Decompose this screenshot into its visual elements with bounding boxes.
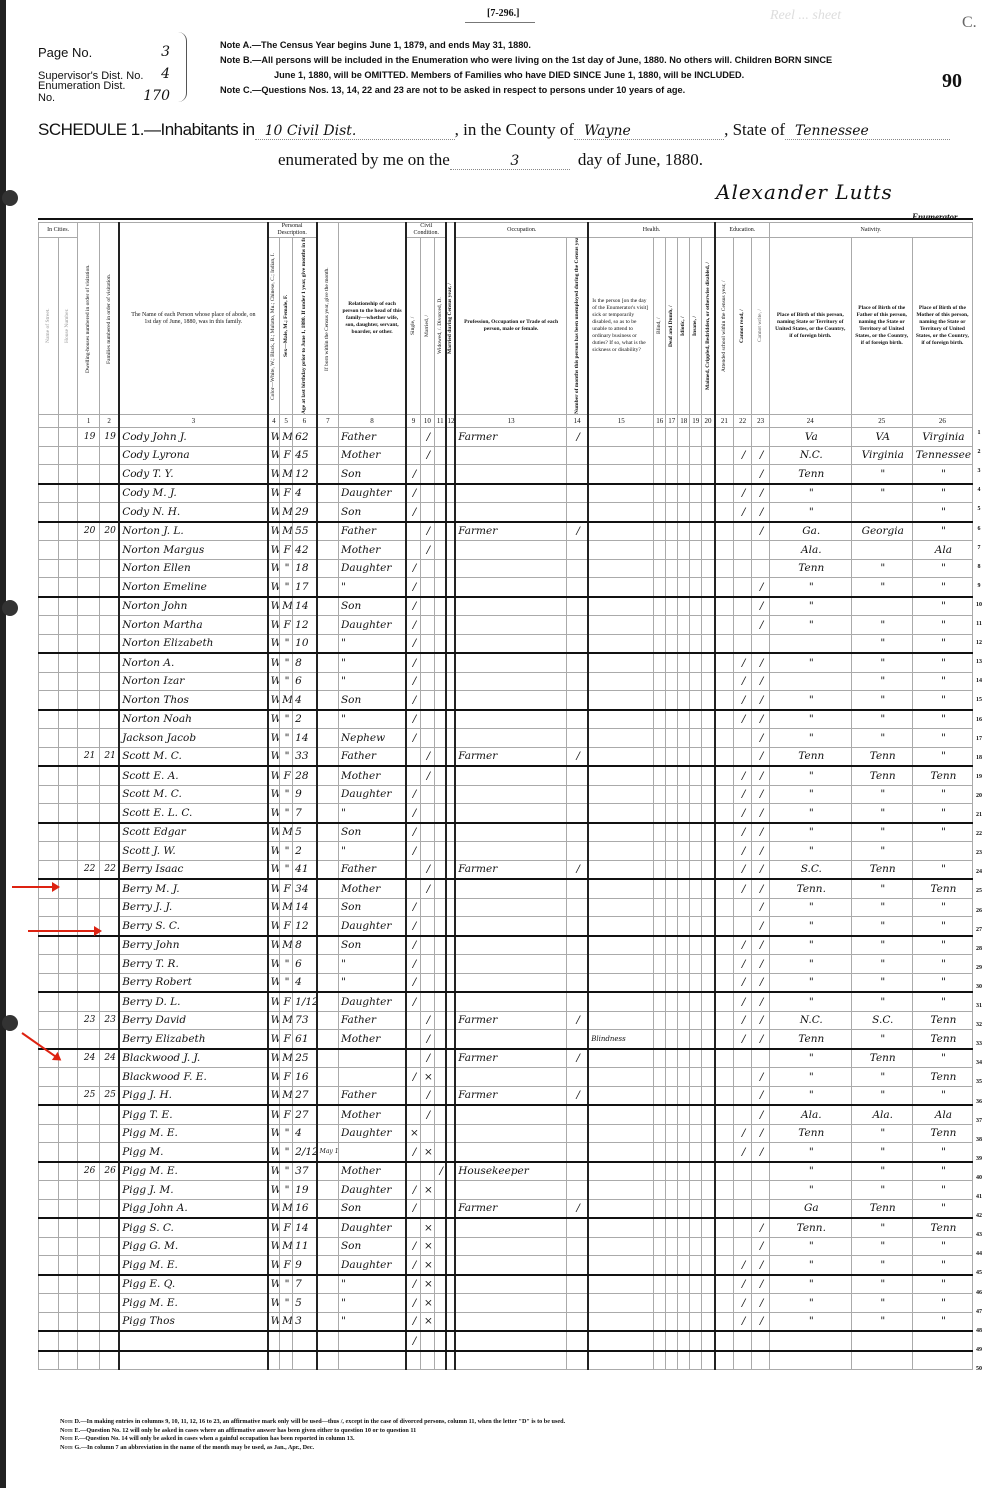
age-cell [293, 1351, 317, 1370]
line-number: 10 [973, 602, 985, 608]
age-cell: 1/12 [293, 992, 317, 1011]
color-cell: W [268, 747, 280, 766]
col-number: 17 [666, 415, 678, 428]
married-cell: / [420, 1030, 434, 1049]
family-number [100, 1294, 120, 1313]
sickness-cell [588, 653, 653, 672]
sex-cell: F [280, 1068, 293, 1087]
unemployed-cell [566, 1312, 588, 1331]
sickness-cell [588, 747, 653, 766]
idiotic-cell [678, 804, 690, 823]
house-cell [58, 1124, 78, 1143]
school-cell [715, 503, 734, 522]
table-row [39, 1351, 973, 1370]
relationship-cell: Mother [338, 541, 406, 560]
occupation-cell [455, 691, 566, 710]
birthplace-cell: Tenn [769, 1124, 851, 1143]
line-number: 32 [973, 1022, 985, 1028]
mother-birthplace-cell: Tenn [912, 1218, 972, 1237]
unemployed-cell: / [566, 1086, 588, 1105]
header-text: Color—White, W.; Black, B.; Mulatto, Mu.… [270, 238, 277, 414]
house-cell [58, 710, 78, 729]
sickness-cell [588, 446, 653, 465]
table-row: Norton JohnWM14Son//"" [39, 597, 973, 616]
cannot-write-cell: / [752, 879, 769, 898]
sickness-cell [588, 823, 653, 842]
insane-cell [690, 785, 702, 804]
color-cell: W [268, 653, 280, 672]
group-education: Education. [715, 223, 770, 238]
insane-cell [690, 747, 702, 766]
color-cell: W [268, 860, 280, 879]
sickness-cell [588, 1237, 653, 1256]
disabled-cell [702, 992, 715, 1011]
school-cell [715, 428, 734, 447]
birth-month-cell [317, 710, 339, 729]
idiotic-cell [678, 1275, 690, 1294]
dwelling-number [78, 1294, 100, 1313]
family-number [100, 634, 120, 653]
county-label: , in the County of [455, 120, 574, 140]
deaf-cell [666, 653, 678, 672]
house-cell [58, 992, 78, 1011]
note-a: Note A.—The Census Year begins June 1, 1… [220, 38, 832, 53]
cannot-write-cell: / [752, 1105, 769, 1124]
age-cell: 61 [293, 1030, 317, 1049]
insane-cell [690, 578, 702, 597]
mother-birthplace-cell: " [912, 1143, 972, 1162]
blind-cell [654, 597, 666, 616]
married-year-cell [446, 691, 455, 710]
table-row: Blackwood F. E.WF16/×/""Tenn [39, 1068, 973, 1087]
disabled-cell [702, 597, 715, 616]
blind-cell [654, 1086, 666, 1105]
age-cell: 12 [293, 465, 317, 484]
color-cell: W [268, 465, 280, 484]
sickness-cell [588, 1162, 653, 1181]
widowed-cell [434, 860, 446, 879]
street-cell [39, 1162, 59, 1181]
table-row: Pigg M. E.W"5"/×//""" [39, 1294, 973, 1313]
col-occupation-header: Profession, Occupation or Trade of each … [455, 238, 566, 415]
idiotic-cell [678, 1218, 690, 1237]
single-cell: / [406, 785, 420, 804]
deaf-cell [666, 766, 678, 785]
school-cell [715, 559, 734, 578]
cannot-write-cell [752, 634, 769, 653]
father-birthplace-cell: " [851, 955, 912, 974]
birth-month-cell [317, 634, 339, 653]
relationship-cell: Son [338, 691, 406, 710]
relationship-cell [338, 1331, 406, 1351]
birth-month-cell [317, 992, 339, 1011]
line-number: 40 [973, 1175, 985, 1181]
school-cell [715, 823, 734, 842]
idiotic-cell [678, 729, 690, 748]
unemployed-cell [566, 842, 588, 861]
father-birthplace-cell: " [851, 1256, 912, 1275]
insane-cell [690, 992, 702, 1011]
single-cell: / [406, 672, 420, 691]
relationship-cell: Daughter [338, 1218, 406, 1237]
cannot-read-cell: / [733, 879, 752, 898]
occupation-cell [455, 1218, 566, 1237]
note-text: —Question No. 12 will only be asked in c… [80, 1427, 416, 1434]
col-number: 8 [338, 415, 406, 428]
cannot-write-cell: / [752, 1011, 769, 1030]
line-number: 15 [973, 697, 985, 703]
married-cell [420, 616, 434, 635]
relationship-cell: " [338, 578, 406, 597]
color-cell: W [268, 1256, 280, 1275]
birthplace-cell: " [769, 1086, 851, 1105]
age-cell: 28 [293, 766, 317, 785]
insane-cell [690, 860, 702, 879]
cannot-read-cell [733, 1237, 752, 1256]
col-married-header: Married, / [420, 238, 434, 415]
blind-cell [654, 785, 666, 804]
state-field: Tennessee [785, 123, 950, 140]
header-text: Age at last birthday prior to June 1, 18… [301, 238, 308, 414]
occupation-cell [455, 1124, 566, 1143]
school-cell [715, 955, 734, 974]
birth-month-cell [317, 1162, 339, 1181]
line-number: 44 [973, 1251, 985, 1257]
single-cell: / [406, 710, 420, 729]
birthplace-cell: " [769, 804, 851, 823]
dwelling-number [78, 541, 100, 560]
line-number: 5 [973, 506, 985, 512]
idiotic-cell [678, 842, 690, 861]
field-value: 4 [161, 66, 170, 82]
deaf-cell [666, 522, 678, 541]
married-cell [420, 804, 434, 823]
note-d: Note D.—In making entries in columns 9, … [60, 1418, 565, 1427]
school-cell [715, 842, 734, 861]
binding-hole [2, 600, 18, 616]
insane-cell [690, 823, 702, 842]
person-name: Pigg T. E. [119, 1105, 267, 1124]
street-cell [39, 917, 59, 936]
unemployed-cell: / [566, 1049, 588, 1068]
table-row: Jackson JacobW"14Nephew//""" [39, 729, 973, 748]
birthplace-cell: Ga [769, 1199, 851, 1218]
insane-cell [690, 597, 702, 616]
school-cell [715, 691, 734, 710]
blind-cell [654, 729, 666, 748]
cannot-write-cell: / [752, 842, 769, 861]
person-name: Norton J. L. [119, 522, 267, 541]
single-cell [406, 879, 420, 898]
line-number: 7 [973, 545, 985, 551]
insane-cell [690, 672, 702, 691]
col-unemployed-header: Number of months this person has been un… [566, 238, 588, 415]
family-number [100, 710, 120, 729]
father-birthplace-cell: " [851, 823, 912, 842]
married-cell: / [420, 541, 434, 560]
married-cell: / [420, 522, 434, 541]
insane-cell [690, 503, 702, 522]
school-cell [715, 1162, 734, 1181]
line-number: 33 [973, 1041, 985, 1047]
street-cell [39, 484, 59, 503]
sickness-cell [588, 766, 653, 785]
sex-cell: F [280, 992, 293, 1011]
dwelling-number [78, 1218, 100, 1237]
street-cell [39, 823, 59, 842]
unemployed-cell [566, 1105, 588, 1124]
cannot-write-cell [752, 1049, 769, 1068]
sickness-cell [588, 955, 653, 974]
disabled-cell [702, 1124, 715, 1143]
house-cell [58, 484, 78, 503]
deaf-cell [666, 1068, 678, 1087]
relationship-cell: Mother [338, 1105, 406, 1124]
school-cell [715, 1199, 734, 1218]
person-name: Cody N. H. [119, 503, 267, 522]
blind-cell [654, 1143, 666, 1162]
header-text: Married, / [424, 238, 431, 414]
school-cell [715, 1237, 734, 1256]
sickness-cell [588, 1124, 653, 1143]
idiotic-cell [678, 1312, 690, 1331]
father-birthplace-cell: " [851, 1124, 912, 1143]
married-year-cell [446, 653, 455, 672]
blind-cell [654, 879, 666, 898]
idiotic-cell [678, 446, 690, 465]
married-year-cell [446, 804, 455, 823]
father-birthplace-cell [851, 1351, 912, 1370]
father-birthplace-cell: " [851, 634, 912, 653]
color-cell: W [268, 936, 280, 955]
father-birthplace-cell: " [851, 1218, 912, 1237]
person-name: Berry M. J. [119, 879, 267, 898]
cannot-read-cell [733, 1351, 752, 1370]
line-number: 39 [973, 1156, 985, 1162]
header-text: Families numbered in order of visitation… [106, 231, 113, 407]
unemployed-cell [566, 1256, 588, 1275]
sickness-cell [588, 1275, 653, 1294]
deaf-cell [666, 1256, 678, 1275]
birthplace-cell: " [769, 484, 851, 503]
married-cell: / [420, 1049, 434, 1068]
person-name: Scott Edgar [119, 823, 267, 842]
person-name: Pigg Thos [119, 1312, 267, 1331]
dwelling-number [78, 597, 100, 616]
widowed-cell [434, 1011, 446, 1030]
mother-birthplace-cell: " [912, 1086, 972, 1105]
occupation-cell: Housekeeper [455, 1162, 566, 1181]
sickness-cell [588, 1068, 653, 1087]
birthplace-cell: Tenn. [769, 879, 851, 898]
cannot-write-cell: / [752, 1068, 769, 1087]
table-row: Norton NoahW"2"///""" [39, 710, 973, 729]
occupation-cell [455, 710, 566, 729]
house-cell [58, 616, 78, 635]
enumeration-district-field: Enumeration Dist. No.170 [38, 82, 178, 104]
mother-birthplace-cell: " [912, 465, 972, 484]
cannot-write-cell: / [752, 804, 769, 823]
sex-cell: F [280, 484, 293, 503]
insane-cell [690, 766, 702, 785]
married-year-cell [446, 1068, 455, 1087]
mother-birthplace-cell: Tenn [912, 1030, 972, 1049]
married-cell: × [420, 1181, 434, 1200]
father-birthplace-cell: Ala. [851, 1105, 912, 1124]
birthplace-cell: Va [769, 428, 851, 447]
age-cell: 14 [293, 597, 317, 616]
blind-cell [654, 1256, 666, 1275]
married-cell [420, 503, 434, 522]
idiotic-cell [678, 766, 690, 785]
occupation-cell [455, 559, 566, 578]
married-cell [420, 785, 434, 804]
father-birthplace-cell: " [851, 785, 912, 804]
deaf-cell [666, 1011, 678, 1030]
col-number: 21 [715, 415, 734, 428]
col-deaf-header: Deaf and Dumb, / [666, 238, 678, 415]
cannot-write-cell: / [752, 823, 769, 842]
birthplace-cell: " [769, 823, 851, 842]
married-year-cell [446, 465, 455, 484]
deaf-cell [666, 578, 678, 597]
widowed-cell [434, 710, 446, 729]
cannot-write-cell: / [752, 691, 769, 710]
widowed-cell [434, 785, 446, 804]
sickness-cell [588, 879, 653, 898]
family-number [100, 691, 120, 710]
relationship-cell: Son [338, 1199, 406, 1218]
unemployed-cell [566, 653, 588, 672]
school-cell [715, 1275, 734, 1294]
column-numbers-row: 1 2 3 4 5 6 7 8 9 10 11 12 13 14 15 16 1… [39, 415, 973, 428]
idiotic-cell [678, 973, 690, 992]
sickness-cell [588, 898, 653, 917]
table-row: Berry J. J.WM14Son//""" [39, 898, 973, 917]
deaf-cell [666, 634, 678, 653]
footer-notes: Note D.—In making entries in columns 9, … [60, 1418, 565, 1452]
cannot-read-cell: / [733, 1294, 752, 1313]
single-cell: / [406, 653, 420, 672]
street-cell [39, 428, 59, 447]
age-cell: 29 [293, 503, 317, 522]
line-number: 48 [973, 1328, 985, 1334]
relationship-cell: " [338, 1275, 406, 1294]
idiotic-cell [678, 992, 690, 1011]
street-cell [39, 785, 59, 804]
disabled-cell [702, 1162, 715, 1181]
deaf-cell [666, 955, 678, 974]
mother-birthplace-cell: " [912, 1256, 972, 1275]
person-name: Berry Isaac [119, 860, 267, 879]
school-cell [715, 1294, 734, 1313]
deaf-cell [666, 446, 678, 465]
deaf-cell [666, 1218, 678, 1237]
married-year-cell [446, 823, 455, 842]
widowed-cell [434, 1294, 446, 1313]
house-cell [58, 729, 78, 748]
birth-month-cell [317, 1049, 339, 1068]
single-cell: / [406, 1275, 420, 1294]
mother-birthplace-cell: " [912, 1237, 972, 1256]
single-cell: / [406, 729, 420, 748]
sex-cell: F [280, 766, 293, 785]
col-number: 9 [406, 415, 420, 428]
insane-cell [690, 973, 702, 992]
divider [465, 22, 535, 23]
disabled-cell [702, 1275, 715, 1294]
widowed-cell [434, 992, 446, 1011]
unemployed-cell: / [566, 522, 588, 541]
dwelling-number [78, 653, 100, 672]
header-text: Married during Census year, / [447, 231, 454, 407]
person-name: Norton Thos [119, 691, 267, 710]
idiotic-cell [678, 1331, 690, 1351]
house-cell [58, 634, 78, 653]
family-number [100, 1124, 120, 1143]
married-cell: × [420, 1312, 434, 1331]
street-cell [39, 710, 59, 729]
insane-cell [690, 936, 702, 955]
header-text: Dwelling-houses numbered in order of vis… [85, 231, 92, 407]
col-number: 15 [588, 415, 653, 428]
single-cell: / [406, 578, 420, 597]
birth-month-cell [317, 1199, 339, 1218]
cannot-write-cell: / [752, 1275, 769, 1294]
father-birthplace-cell: " [851, 936, 912, 955]
age-cell: 8 [293, 653, 317, 672]
cannot-read-cell [733, 1331, 752, 1351]
cannot-read-cell: / [733, 653, 752, 672]
line-number: 30 [973, 984, 985, 990]
brace-divider [178, 32, 187, 102]
cannot-read-cell [733, 1199, 752, 1218]
age-cell: 5 [293, 823, 317, 842]
school-cell [715, 522, 734, 541]
locality-field: 10 Civil Dist. [255, 123, 455, 140]
age-cell: 2/12 [293, 1143, 317, 1162]
married-cell [420, 484, 434, 503]
disabled-cell [702, 1011, 715, 1030]
note-text: —In column 7 an abbreviation in the name… [81, 1444, 314, 1451]
occupation-cell: Farmer [455, 1049, 566, 1068]
cannot-read-cell: / [733, 766, 752, 785]
widowed-cell [434, 1181, 446, 1200]
school-cell [715, 616, 734, 635]
form-number: [7-296.] [487, 8, 520, 19]
color-cell: W [268, 1124, 280, 1143]
line-number: 3 [973, 468, 985, 474]
street-cell [39, 1199, 59, 1218]
note-e: Note E.—Question No. 12 will only be ask… [60, 1427, 565, 1436]
married-year-cell [446, 1181, 455, 1200]
occupation-cell [455, 1181, 566, 1200]
birth-month-cell [317, 597, 339, 616]
person-name: Pigg M. E. [119, 1162, 267, 1181]
person-name: Norton Martha [119, 616, 267, 635]
mother-birthplace-cell [912, 1331, 972, 1351]
idiotic-cell [678, 1049, 690, 1068]
single-cell: / [406, 898, 420, 917]
sickness-cell [588, 1143, 653, 1162]
street-cell [39, 503, 59, 522]
relationship-cell: Son [338, 597, 406, 616]
widowed-cell [434, 465, 446, 484]
mother-birthplace-cell: " [912, 559, 972, 578]
birthplace-cell: " [769, 729, 851, 748]
single-cell: / [406, 1181, 420, 1200]
single-cell: × [406, 1124, 420, 1143]
